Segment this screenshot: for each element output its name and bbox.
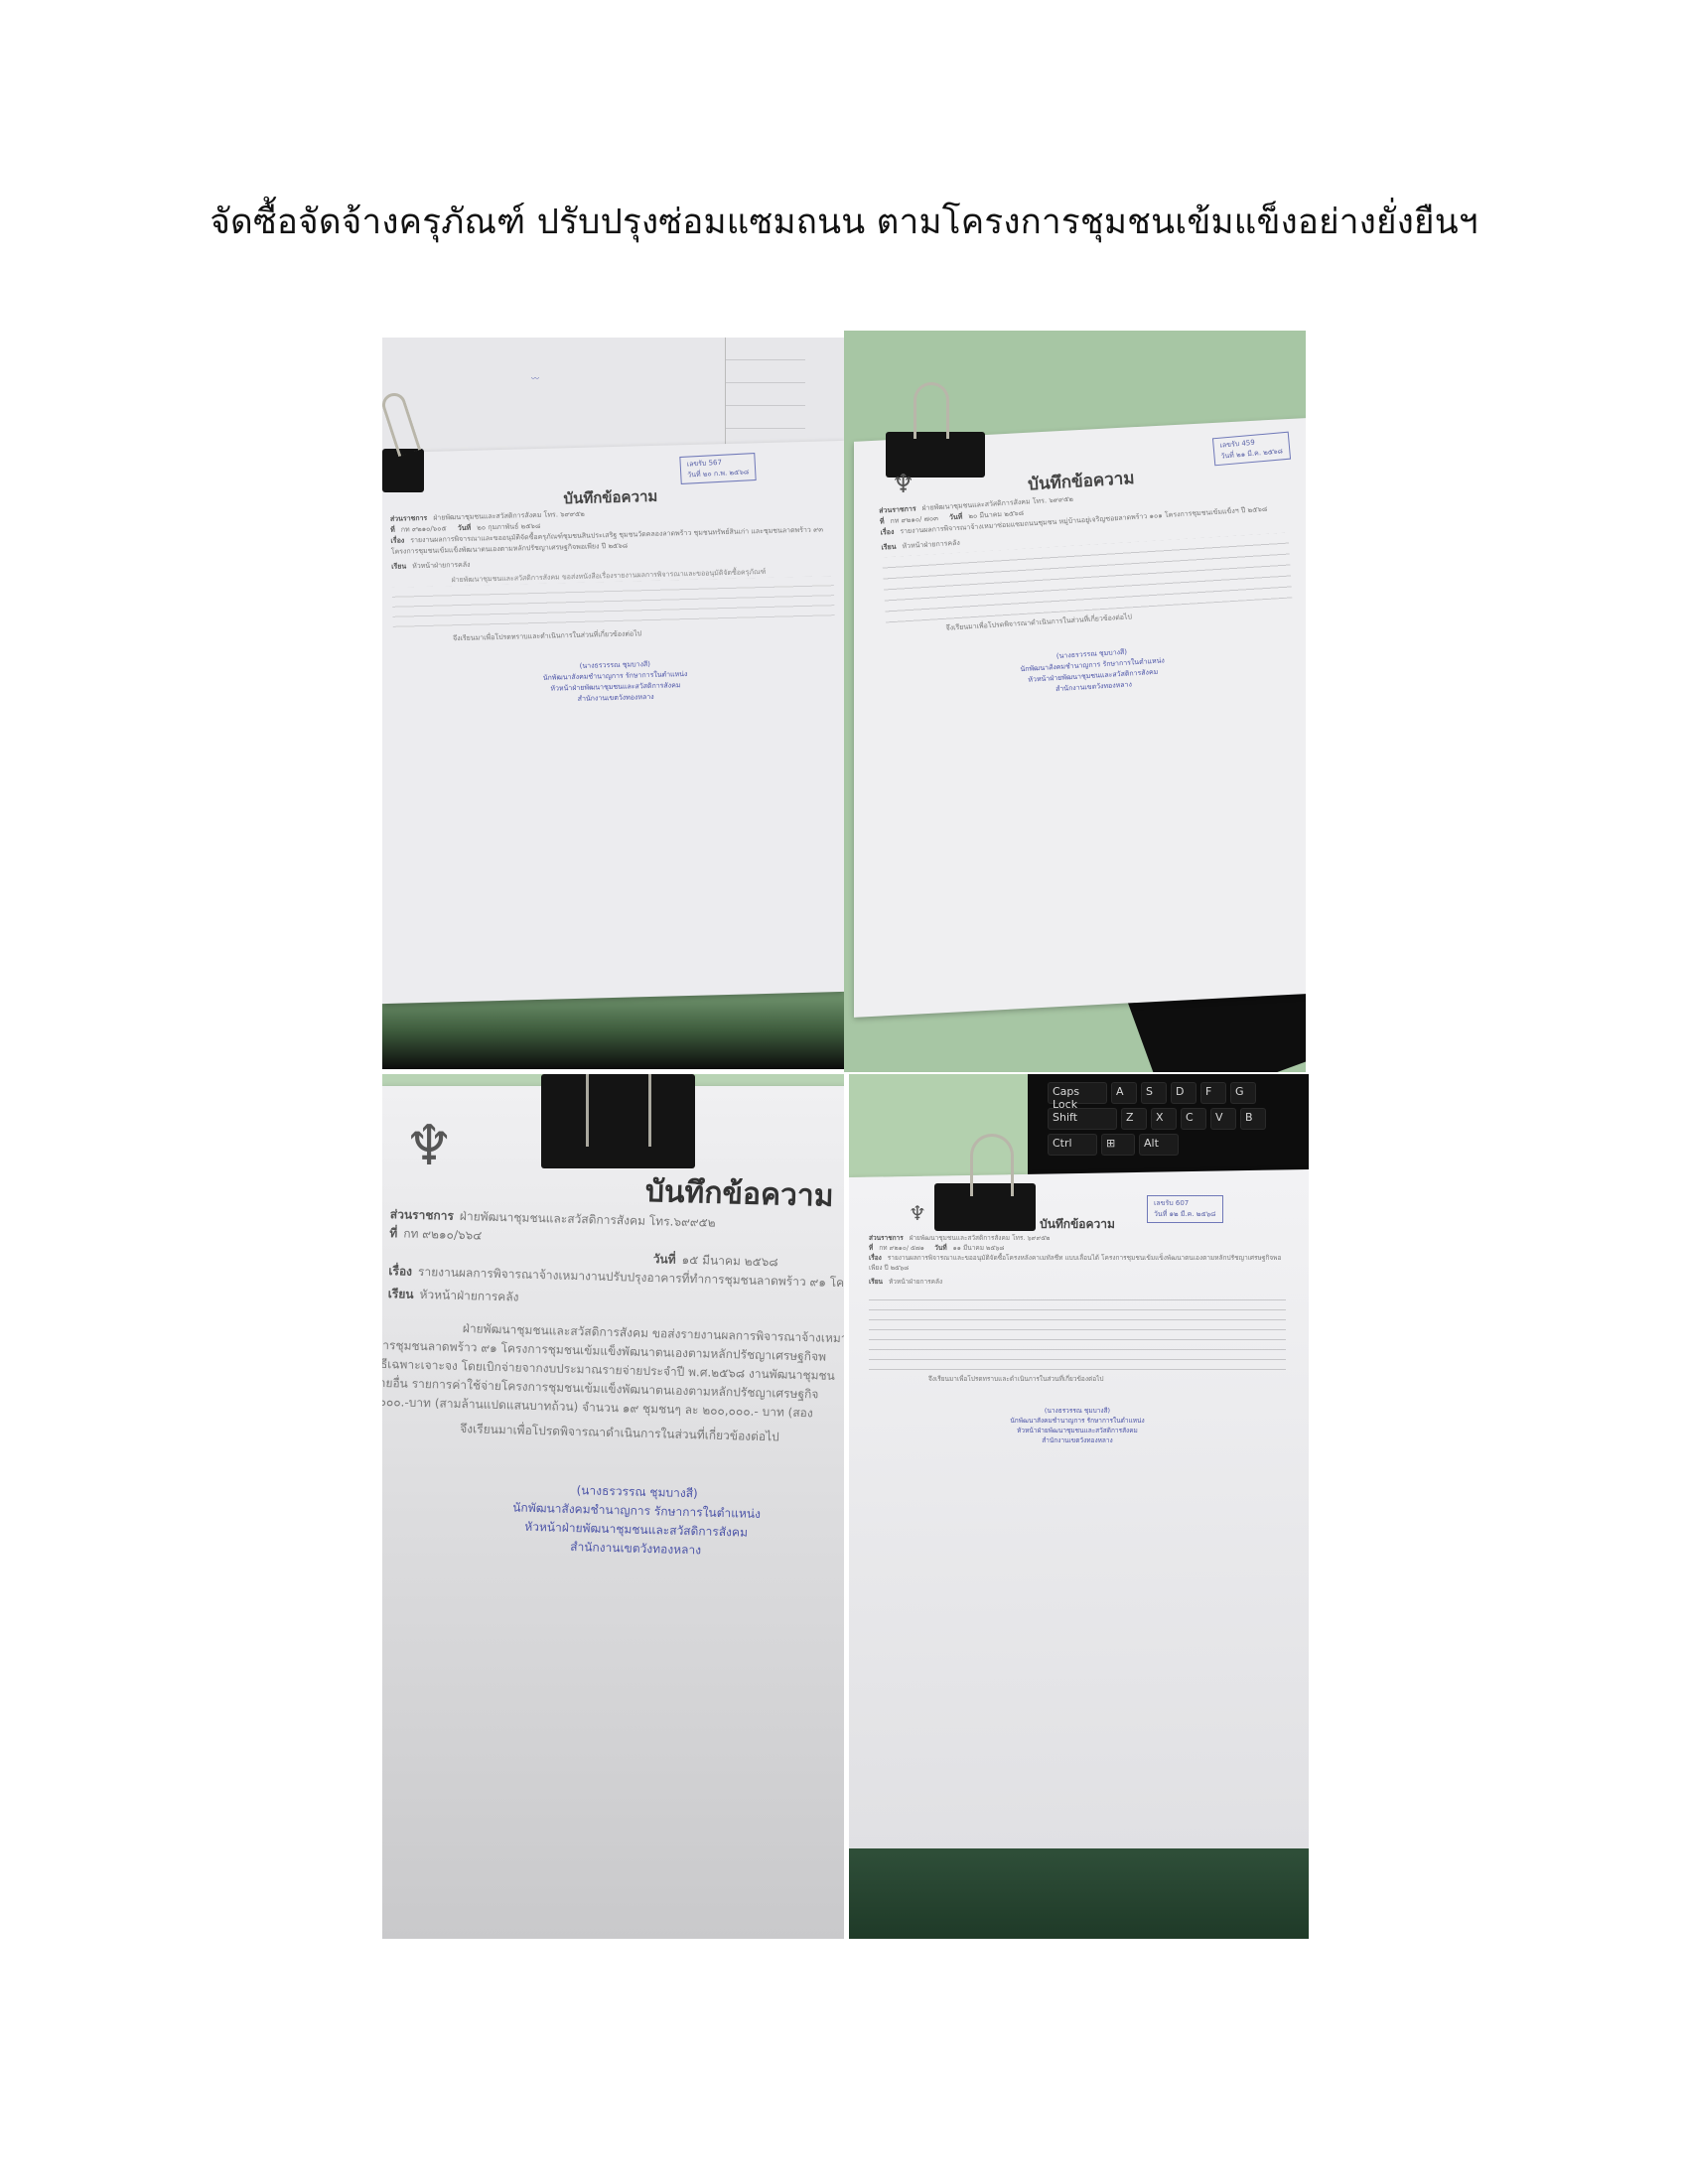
photo-memo-top-left: 〰 เลขรับ 567 วันที่ ๒๐ ก.พ. ๒๕๖๘ บันทึกข… [382,338,844,1069]
binder-clip-wire [914,382,949,439]
memo-content: บันทึกข้อความ ส่วนราชการฝ่ายพัฒนาชุมชนแล… [382,1164,844,1564]
photo-memo-top-right: ♆ เลขรับ 459 วันที่ ๒๑ มี.ค. ๒๕๖๘ บันทึก… [844,331,1306,1072]
page-title: จัดซื้อจัดจ้างครุภัณฑ์ ปรับปรุงซ่อมแซมถน… [0,195,1688,249]
windows-key-icon: ⊞ [1101,1134,1135,1156]
photo-memo-bottom-left: ♆ บันทึกข้อความ ส่วนราชการฝ่ายพัฒนาชุมชน… [382,1074,844,1939]
receipt-stamp: เลขรับ 567 วันที่ ๒๐ ก.พ. ๒๕๖๘ [679,453,756,484]
memo-content: บันทึกข้อความ ส่วนราชการฝ่ายพัฒนาชุมชนแล… [389,480,837,710]
memo-heading: บันทึกข้อความ [869,1215,1286,1233]
memo-content: บันทึกข้อความ ส่วนราชการฝ่ายพัฒนาชุมชนแล… [869,1215,1286,1445]
binder-clip-wire [586,1074,651,1147]
photo-memo-bottom-right: Caps Lock A S D F G Shift Z X C V B Ctrl… [849,1074,1309,1939]
signer-name: (นางธรวรรณ ชุมบางสี) [869,1406,1286,1416]
desk-mat [849,1848,1309,1939]
binder-clip-wire [970,1134,1014,1196]
memo-content: บันทึกข้อความ ส่วนราชการฝ่ายพัฒนาชุมชนแล… [878,458,1298,706]
